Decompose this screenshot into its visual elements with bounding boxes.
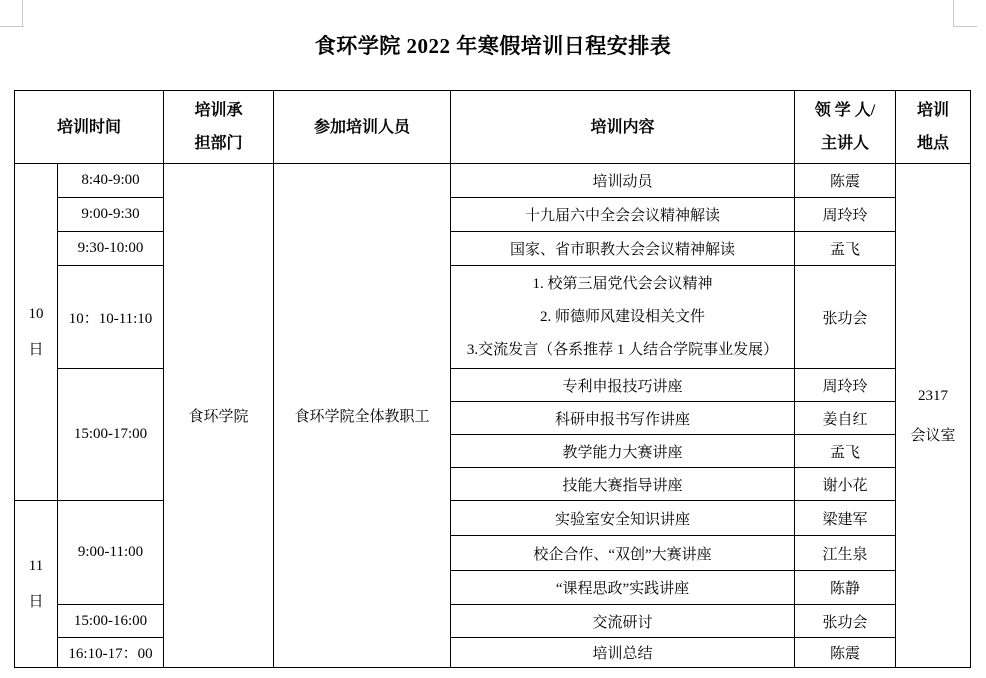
- cell-speaker: 陈震: [795, 164, 896, 198]
- table-row: 9:30-10:00 国家、省市职教大会会议精神解读 孟飞: [15, 232, 971, 266]
- cell-time: 9:30-10:00: [58, 232, 164, 266]
- cell-time: 15:00-17:00: [58, 369, 164, 501]
- cell-speaker: 江生泉: [795, 536, 896, 571]
- cell-content: 教学能力大赛讲座: [451, 435, 795, 468]
- cell-content: 校企合作、“双创”大赛讲座: [451, 536, 795, 571]
- cell-speaker: 张功会: [795, 266, 896, 369]
- cell-content: 1. 校第三届党代会会议精神 2. 师德师风建设相关文件 3.交流发言（各系推荐…: [451, 266, 795, 369]
- cell-content: 技能大赛指导讲座: [451, 468, 795, 501]
- table-row: 15:00-16:00 交流研讨 张功会: [15, 605, 971, 638]
- cell-content: 培训总结: [451, 638, 795, 668]
- cell-content: 专利申报技巧讲座: [451, 369, 795, 402]
- cell-speaker: 孟飞: [795, 435, 896, 468]
- cell-speaker: 陈静: [795, 571, 896, 605]
- cell-speaker: 张功会: [795, 605, 896, 638]
- header-row: 培训时间 培训承 担部门 参加培训人员 培训内容 领 学 人/ 主讲人 培训 地…: [15, 91, 971, 164]
- page-title: 食环学院 2022 年寒假培训日程安排表: [0, 30, 986, 60]
- table-row: 11 日 9:00-11:00 实验室安全知识讲座 梁建军: [15, 501, 971, 536]
- header-time: 培训时间: [15, 91, 164, 164]
- header-participants: 参加培训人员: [274, 91, 451, 164]
- table-row: 15:00-17:00 专利申报技巧讲座 周玲玲: [15, 369, 971, 402]
- table-row: 16:10-17：00 培训总结 陈震: [15, 638, 971, 668]
- cell-content: 交流研讨: [451, 605, 795, 638]
- cell-speaker: 谢小花: [795, 468, 896, 501]
- cell-date-day11: 11 日: [15, 501, 58, 668]
- cell-date-day10: 10 日: [15, 164, 58, 501]
- cell-content: 培训动员: [451, 164, 795, 198]
- cell-speaker: 孟飞: [795, 232, 896, 266]
- table-row: 10：10-11:10 1. 校第三届党代会会议精神 2. 师德师风建设相关文件…: [15, 266, 971, 369]
- cell-speaker: 陈震: [795, 638, 896, 668]
- cell-time: 15:00-16:00: [58, 605, 164, 638]
- header-content: 培训内容: [451, 91, 795, 164]
- cell-time: 16:10-17：00: [58, 638, 164, 668]
- header-location: 培训 地点: [896, 91, 971, 164]
- cell-department: 食环学院: [164, 164, 274, 668]
- cell-time: 10：10-11:10: [58, 266, 164, 369]
- table-row: 10 日 8:40-9:00 食环学院 食环学院全体教职工 培训动员 陈震 23…: [15, 164, 971, 198]
- cell-speaker: 周玲玲: [795, 369, 896, 402]
- cell-content: 十九届六中全会会议精神解读: [451, 198, 795, 232]
- cell-time: 8:40-9:00: [58, 164, 164, 198]
- cell-location: 2317 会议室: [896, 164, 971, 668]
- cell-content: 实验室安全知识讲座: [451, 501, 795, 536]
- training-schedule-table: 培训时间 培训承 担部门 参加培训人员 培训内容 领 学 人/ 主讲人 培训 地…: [14, 90, 971, 668]
- cell-time: 9:00-9:30: [58, 198, 164, 232]
- cell-participants: 食环学院全体教职工: [274, 164, 451, 668]
- cell-content: “课程思政”实践讲座: [451, 571, 795, 605]
- header-department: 培训承 担部门: [164, 91, 274, 164]
- table-row: 9:00-9:30 十九届六中全会会议精神解读 周玲玲: [15, 198, 971, 232]
- cell-content: 国家、省市职教大会会议精神解读: [451, 232, 795, 266]
- cell-content: 科研申报书写作讲座: [451, 402, 795, 435]
- cell-speaker: 梁建军: [795, 501, 896, 536]
- cell-time: 9:00-11:00: [58, 501, 164, 605]
- cell-speaker: 姜自红: [795, 402, 896, 435]
- header-speaker: 领 学 人/ 主讲人: [795, 91, 896, 164]
- cell-speaker: 周玲玲: [795, 198, 896, 232]
